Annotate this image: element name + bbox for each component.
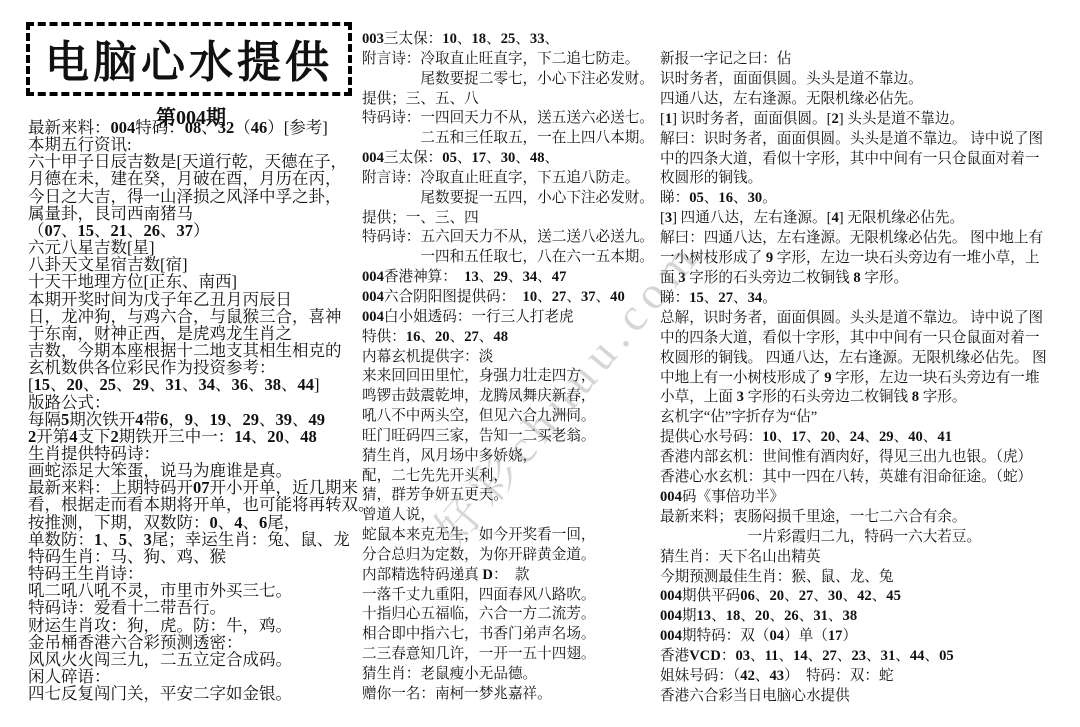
text-line: 香港六合彩当日电脑心水提供 — [660, 687, 1058, 707]
text-line: 来来回回田里忙，身强力壮走四方， — [362, 367, 662, 387]
text-line: 特码诗：一四回天力不从，送五送六必送七。 — [362, 109, 662, 129]
text-line: 吼二吼八吼不灵，市里市外买三七。 — [28, 582, 362, 599]
text-line: 最新来料；衷肠闷损千里途，一七二六合有余。 — [660, 508, 1058, 528]
text-line: 蛇鼠本来克无生，如今开奖看一回， — [362, 526, 662, 546]
text-line: 日，龙冲狗，与鸡六合，与鼠猴三合，喜神 — [28, 308, 362, 325]
text-line: 解曰：四通八达，左右逢源。无限机缘必佔先。 图中地上有 — [660, 229, 1058, 249]
text-line: 本期开奖时间为戊子年乙丑月丙辰日 — [28, 291, 362, 308]
text-line: 二五和三任取五，一在上四八本期。 — [362, 129, 662, 149]
text-line: 玄机数供各位彩民作为投资参考： — [28, 359, 362, 376]
text-line: 尾数要捉二零七，小心下注必发财。 — [362, 70, 662, 90]
text-line: 003三太保：10、18、25、33、 — [362, 30, 662, 50]
text-line: 今期预测最佳生肖：猴、鼠、龙、兔 — [660, 568, 1058, 588]
text-line: 004期13、18、20、26、31、38 — [660, 607, 1058, 627]
text-line: 月德在未，建在癸，月破在酉，月历在丙， — [28, 170, 362, 187]
text-line: 姐妹号码：（42、43） 特码：双：蛇 — [660, 667, 1058, 687]
text-line: 四通八达，左右逢源。无限机缘必佔先。 — [660, 90, 1058, 110]
text-line: 香港VCD：03、11、14、27、23、31、44、05 — [660, 647, 1058, 667]
text-line: 猜，群芳争妍五更天。 — [362, 486, 662, 506]
text-line: 特码诗：爱看十二带吾行。 — [28, 599, 362, 616]
text-line: 特供：16、20、27、48 — [362, 328, 662, 348]
text-line: 六十甲子日辰吉数是[天道行乾，天德在子， — [28, 153, 362, 170]
text-line: 吼八不中两头空，但见六合九洲同。 — [362, 407, 662, 427]
title-box: 电脑心水提供 — [26, 22, 352, 96]
text-line: 十天干地理方位[正东、南西] — [28, 273, 362, 290]
text-line: 猜生肖：天下名山出精英 — [660, 548, 1058, 568]
text-line: 最新来料：上期特码开07开小开单，近几期来 — [28, 479, 362, 496]
text-line: 于东南，财神正西，是虎鸡龙生肖之 — [28, 325, 362, 342]
text-line: 面 3 字形的石头旁边二枚铜钱 8 字形。 — [660, 269, 1058, 289]
text-line: 配，二七先先开头利， — [362, 467, 662, 487]
text-line: （07、15、21、26、37） — [28, 222, 362, 239]
text-line: 风风火火闯三九，二五立定合成码。 — [28, 651, 362, 668]
text-line: [3] 四通八达，左右逢源。[4] 无限机缘必佔先。 — [660, 209, 1058, 229]
text-line: 2开第4支下2期铁开三中一：14、20、48 — [28, 428, 362, 445]
text-line: 六元八星吉数[星] — [28, 239, 362, 256]
text-line: 每隔5期次铁开4带6，9、19、29、39、49 — [28, 411, 362, 428]
text-line: 一小树枝形成了 9 字形，左边一块石头旁边有一堆小草，上 — [660, 249, 1058, 269]
text-line: 一片彩霞归二九，特码一六大若豆。 — [660, 528, 1058, 548]
text-line: 吉数，今期本座根据十二地支其相生相克的 — [28, 342, 362, 359]
text-line: 曾道人说， — [362, 506, 662, 526]
text-line: 本期五行资讯: — [28, 136, 362, 153]
text-line: 二三春意知几许，一开一五十四翅。 — [362, 645, 662, 665]
text-line: [15、20、25、29、31、34、36、38、44] — [28, 376, 362, 393]
text-line: 一落千丈九重阳，四面春风八路吹。 — [362, 586, 662, 606]
text-line: 单数防：1、5、3尾；幸运生肖：兔、鼠、龙 — [28, 531, 362, 548]
text-line: 尾数要捉一五四，小心下注必发财。 — [362, 189, 662, 209]
text-line: 内部精选特码递真 D： 款 — [362, 566, 662, 586]
text-line: 特码诗：五六回天力不从，送二送八必送九。 — [362, 228, 662, 248]
left-column: 最新来料：004特码：08、32（46）[参考]本期五行资讯:六十甲子日辰吉数是… — [28, 119, 362, 702]
text-line: 闲人碎语： — [28, 668, 362, 685]
text-line: 附言诗：冷取直止旺直字，下五追八防走。 — [362, 169, 662, 189]
text-line: 八卦天文星宿吉数[宿] — [28, 256, 362, 273]
text-line: 十指归心五福临，六合一方二流芳。 — [362, 605, 662, 625]
text-line: 生肖提供特码诗： — [28, 445, 362, 462]
text-line: 鸣锣击鼓震乾坤，龙腾凤舞庆新春， — [362, 387, 662, 407]
text-line: 004六合阴阳图提供码： 10、27、37、40 — [362, 288, 662, 308]
text-line: 004码《事倍功半》 — [660, 488, 1058, 508]
text-line: 枚圆形的铜钱。 — [660, 169, 1058, 189]
text-line: 新报一字记之曰：佔 — [660, 50, 1058, 70]
text-line: 附言诗：冷取直止旺直字，下二追七防走。 — [362, 50, 662, 70]
text-line: 分合总归为定数，为你开辟黄金道。 — [362, 546, 662, 566]
text-line: 香港内部玄机：世间惟有酒肉好，得见三出九也银。（虎） — [660, 448, 1058, 468]
text-line: 看，根据走而看本期将开单，也可能将再转双。 — [28, 496, 362, 513]
text-line: 属量卦，艮司西南猪马 — [28, 205, 362, 222]
middle-column: 003三太保：10、18、25、33、附言诗：冷取直止旺直字，下二追七防走。 尾… — [362, 30, 662, 705]
right-column: 新报一字记之曰：佔识时务者，面面俱圆。头头是道不靠边。四通八达，左右逢源。无限机… — [660, 50, 1058, 707]
text-line: 中的四条大道，看似十字形，其中中间有一只仓鼠面对着一 — [660, 150, 1058, 170]
text-line: 金吊桶香港六合彩预测透密： — [28, 634, 362, 651]
text-line: 今日之大吉，得一山泽损之风泽中孚之卦， — [28, 188, 362, 205]
text-line: 识时务者，面面俱圆。头头是道不靠边。 — [660, 70, 1058, 90]
text-line: 一四和五任取七，八在六一五本期。 — [362, 248, 662, 268]
text-line: 玄机字“佔”字折存为“佔” — [660, 408, 1058, 428]
text-line: 004期特码：双（04）单（17） — [660, 627, 1058, 647]
text-line: 最新来料：004特码：08、32（46）[参考] — [28, 119, 362, 136]
text-line: 睇：15、27、34。 — [660, 289, 1058, 309]
text-line: 小草，上面 3 字形的石头旁边二枚铜钱 8 字形。 — [660, 388, 1058, 408]
text-line: 香港心水玄机：其中一四在八转，英雄有泪命征途。（蛇） — [660, 468, 1058, 488]
text-line: 枚圆形的铜钱。 四通八达，左右逢源。无限机缘必佔先。 图 — [660, 349, 1058, 369]
text-line: 004香港神算： 13、29、34、47 — [362, 268, 662, 288]
text-line: 004三太保：05、17、30、48、 — [362, 149, 662, 169]
text-line: 赠你一名：南柯一梦兆嘉祥。 — [362, 685, 662, 705]
text-line: 按推测，下期，双数防：0、4、6尾， — [28, 514, 362, 531]
text-line: 睇：05、16、30。 — [660, 189, 1058, 209]
text-line: 004白小姐透码：一行三人打老虎 — [362, 308, 662, 328]
text-line: 旺门旺码四三家，告知一二买老翁。 — [362, 427, 662, 447]
text-line: 特码王生肖诗： — [28, 565, 362, 582]
text-line: 画蛇添足大笨蛋，说马为鹿谁是真。 — [28, 462, 362, 479]
text-line: [1] 识时务者，面面俱圆。[2] 头头是道不靠边。 — [660, 110, 1058, 130]
text-line: 总解，识时务者，面面俱圆。头头是道不靠边。 诗中说了图 — [660, 309, 1058, 329]
text-line: 猜生肖，风月场中多娇娆， — [362, 447, 662, 467]
text-line: 提供心水号码：10、17、20、24、29、40、41 — [660, 428, 1058, 448]
lottery-tip-sheet: 电脑心水提供 第004期 好彩chuuu.com 最新来料：004特码：08、3… — [0, 0, 1080, 727]
text-line: 解曰：识时务者，面面俱圆。头头是道不靠边。 诗中说了图 — [660, 130, 1058, 150]
text-line: 版路公式： — [28, 394, 362, 411]
text-line: 004期供平码06、20、27、30、42、45 — [660, 587, 1058, 607]
text-line: 内幕玄机提供字：淡 — [362, 348, 662, 368]
page-title: 电脑心水提供 — [45, 26, 333, 90]
text-line: 相合即中指六七，书香门弟声名场。 — [362, 625, 662, 645]
text-line: 提供；三、五、八 — [362, 90, 662, 110]
text-line: 特码生肖：马、狗、鸡、猴 — [28, 548, 362, 565]
text-line: 四七反复闯门关，平安二字如金银。 — [28, 685, 362, 702]
text-line: 提供；一、三、四 — [362, 209, 662, 229]
text-line: 财运生肖攻：狗，虎。防：牛，鸡。 — [28, 617, 362, 634]
text-line: 猜生肖：老鼠瘦小无品德。 — [362, 665, 662, 685]
text-line: 中的四条大道，看似十字形，其中中间有一只仓鼠面对着一 — [660, 329, 1058, 349]
text-line: 中地上有一小树枝形成了 9 字形，左边一块石头旁边有一堆 — [660, 369, 1058, 389]
